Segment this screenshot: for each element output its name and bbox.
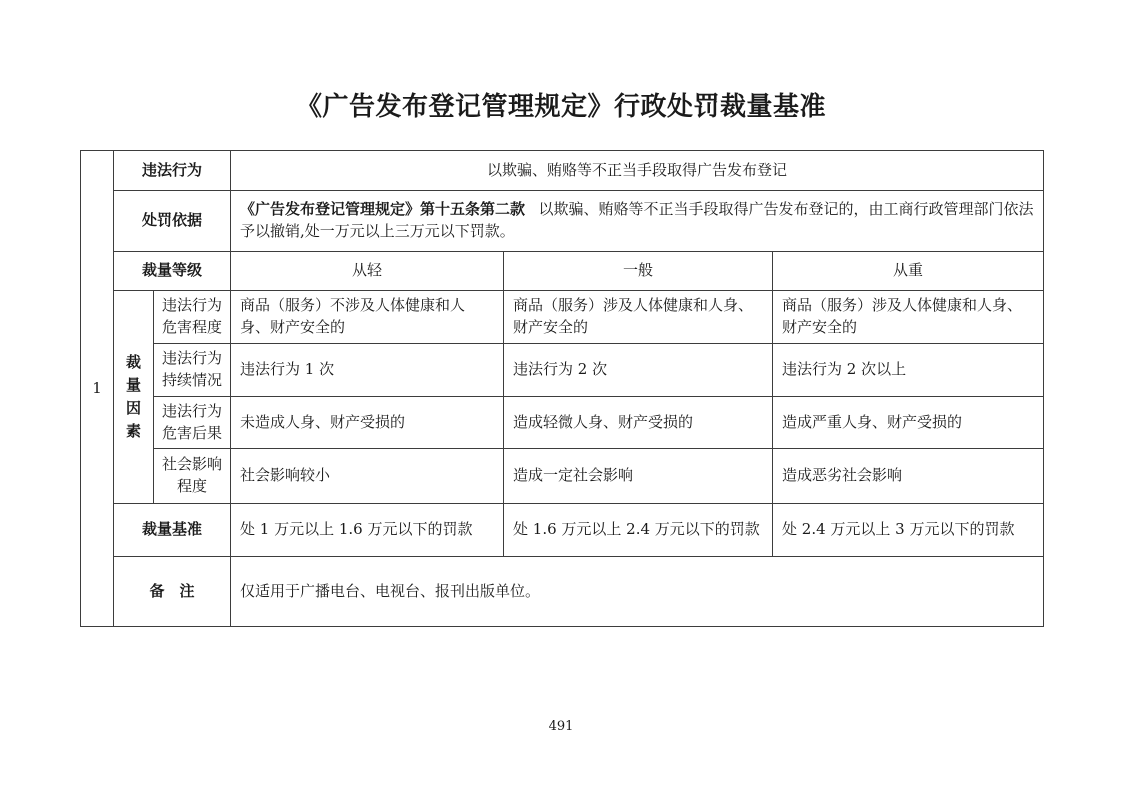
table-row: 社会影响 程度 社会影响较小 造成一定社会影响 造成恶劣社会影响 (81, 449, 1044, 504)
document-page: 《广告发布登记管理规定》行政处罚裁量基准 1 违法行为 以欺骗、贿赂等不正当手段… (0, 0, 1122, 793)
page-title: 《广告发布登记管理规定》行政处罚裁量基准 (0, 86, 1122, 123)
factor-duration-heavy-cell: 违法行为 2 次以上 (773, 344, 1044, 397)
factor-harm-degree-label-cell: 违法行为 危害程度 (154, 291, 231, 344)
factor-label-line: 违法行为 (158, 348, 226, 370)
discretion-factors-vertical-label: 裁量因素 (125, 351, 142, 444)
factor-harm-degree-light-cell: 商品（服务）不涉及人体健康和人身、财产安全的 (231, 291, 504, 344)
factor-duration-light-cell: 违法行为 1 次 (231, 344, 504, 397)
factor-harm-degree-heavy-cell: 商品（服务）涉及人体健康和人身、财产安全的 (773, 291, 1044, 344)
factor-consequence-heavy-cell: 造成严重人身、财产受损的 (773, 397, 1044, 449)
discretion-benchmark-label-cell: 裁量基准 (114, 504, 231, 557)
factor-social-impact-general-cell: 造成一定社会影响 (504, 449, 773, 504)
benchmark-general-cell: 处 1.6 万元以上 2.4 万元以下的罚款 (504, 504, 773, 557)
remarks-label-cell: 备 注 (114, 557, 231, 627)
factor-label-line: 违法行为 (158, 401, 226, 423)
violation-content-cell: 以欺骗、贿赂等不正当手段取得广告发布登记 (231, 151, 1044, 191)
factor-label-line: 危害程度 (158, 317, 226, 339)
table-row: 处罚依据 《广告发布登记管理规定》第十五条第二款以欺骗、贿赂等不正当手段取得广告… (81, 191, 1044, 252)
table-row: 违法行为 持续情况 违法行为 1 次 违法行为 2 次 违法行为 2 次以上 (81, 344, 1044, 397)
page-number: 491 (0, 719, 1122, 734)
discretion-level-label-cell: 裁量等级 (114, 252, 231, 291)
remarks-content-cell: 仅适用于广播电台、电视台、报刊出版单位。 (231, 557, 1044, 627)
factor-duration-label-cell: 违法行为 持续情况 (154, 344, 231, 397)
factor-consequence-label-cell: 违法行为 危害后果 (154, 397, 231, 449)
benchmark-heavy-cell: 处 2.4 万元以上 3 万元以下的罚款 (773, 504, 1044, 557)
factor-social-impact-heavy-cell: 造成恶劣社会影响 (773, 449, 1044, 504)
table-row: 1 违法行为 以欺骗、贿赂等不正当手段取得广告发布登记 (81, 151, 1044, 191)
factor-consequence-light-cell: 未造成人身、财产受损的 (231, 397, 504, 449)
factor-duration-general-cell: 违法行为 2 次 (504, 344, 773, 397)
level-heavy-cell: 从重 (773, 252, 1044, 291)
row-number-cell: 1 (81, 151, 114, 627)
factor-label-line: 违法行为 (158, 295, 226, 317)
level-general-cell: 一般 (504, 252, 773, 291)
penalty-basis-clause: 《广告发布登记管理规定》第十五条第二款 (240, 200, 525, 218)
factor-label-line: 持续情况 (158, 370, 226, 392)
discretion-factors-label-cell: 裁量因素 (114, 291, 154, 504)
factor-label-line: 程度 (158, 476, 226, 498)
factor-harm-degree-general-cell: 商品（服务）涉及人体健康和人身、财产安全的 (504, 291, 773, 344)
table-row: 裁量基准 处 1 万元以上 1.6 万元以下的罚款 处 1.6 万元以上 2.4… (81, 504, 1044, 557)
penalty-discretion-table: 1 违法行为 以欺骗、贿赂等不正当手段取得广告发布登记 处罚依据 《广告发布登记… (80, 150, 1044, 627)
level-light-cell: 从轻 (231, 252, 504, 291)
benchmark-light-cell: 处 1 万元以上 1.6 万元以下的罚款 (231, 504, 504, 557)
table-row: 裁量因素 违法行为 危害程度 商品（服务）不涉及人体健康和人身、财产安全的 商品… (81, 291, 1044, 344)
penalty-basis-label-cell: 处罚依据 (114, 191, 231, 252)
table-row: 备 注 仅适用于广播电台、电视台、报刊出版单位。 (81, 557, 1044, 627)
factor-social-impact-light-cell: 社会影响较小 (231, 449, 504, 504)
factor-consequence-general-cell: 造成轻微人身、财产受损的 (504, 397, 773, 449)
violation-label-cell: 违法行为 (114, 151, 231, 191)
factor-label-line: 危害后果 (158, 423, 226, 445)
factor-social-impact-label-cell: 社会影响 程度 (154, 449, 231, 504)
table-row: 裁量等级 从轻 一般 从重 (81, 252, 1044, 291)
penalty-basis-content-cell: 《广告发布登记管理规定》第十五条第二款以欺骗、贿赂等不正当手段取得广告发布登记的… (231, 191, 1044, 252)
factor-label-line: 社会影响 (158, 454, 226, 476)
table-row: 违法行为 危害后果 未造成人身、财产受损的 造成轻微人身、财产受损的 造成严重人… (81, 397, 1044, 449)
